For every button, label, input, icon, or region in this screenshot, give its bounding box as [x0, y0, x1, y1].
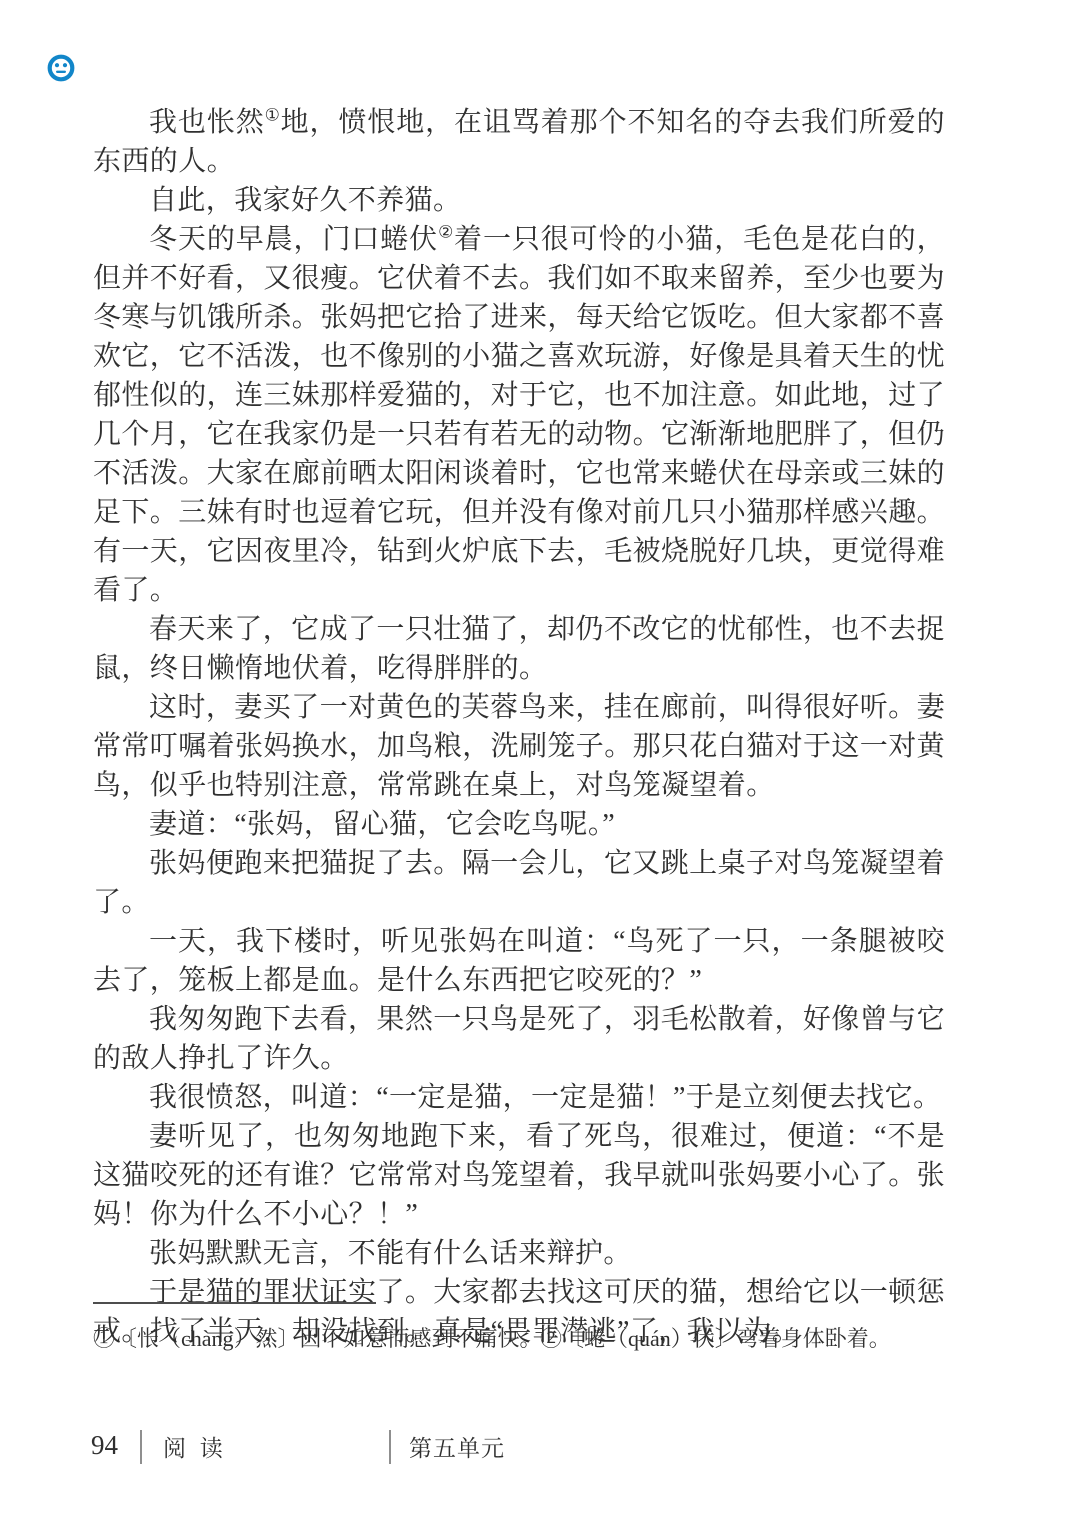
footnote-1-text: 〔怅（chàng）然〕因不如意而感到不痛快。	[115, 1326, 542, 1351]
textbook-page: 我也怅然①地，愤恨地，在诅骂着那个不知名的夺去我们所爱的东西的人。自此，我家好久…	[0, 0, 1080, 1526]
paragraph: 自此，我家好久不养猫。	[93, 181, 945, 220]
paragraph: 妻听见了，也匆匆地跑下来，看了死鸟，很难过，便道：“不是这猫咬死的还有谁？它常常…	[93, 1117, 945, 1234]
footer-divider-1	[140, 1430, 142, 1464]
paragraph: 张妈便跑来把猫捉了去。隔一会儿，它又跳上桌子对鸟笼凝望着了。	[93, 844, 945, 922]
paragraph: 我很愤怒，叫道：“一定是猫，一定是猫！”于是立刻便去找它。	[93, 1078, 945, 1117]
footnote-1: ①〔怅（chàng）然〕因不如意而感到不痛快。	[93, 1324, 542, 1354]
footer-section-label: 阅 读	[163, 1436, 227, 1462]
paragraph: 春天来了，它成了一只壮猫了，却仍不改它的忧郁性，也不去捉鼠，终日懒惰地伏着，吃得…	[93, 610, 945, 688]
paragraph: 这时，妻买了一对黄色的芙蓉鸟来，挂在廊前，叫得很好听。妻常常叮嘱着张妈换水，加鸟…	[93, 688, 945, 805]
footnote-2-marker: ②	[540, 1326, 562, 1351]
paragraph: 冬天的早晨，门口蜷伏②着一只很可怜的小猫，毛色是花白的，但并不好看，又很瘦。它伏…	[93, 220, 945, 610]
article-text: 我也怅然①地，愤恨地，在诅骂着那个不知名的夺去我们所爱的东西的人。自此，我家好久…	[93, 103, 945, 1351]
footnote-divider	[93, 1302, 376, 1304]
paragraph: 一天，我下楼时，听见张妈在叫道：“鸟死了一只，一条腿被咬去了，笼板上都是血。是什…	[93, 922, 945, 1000]
paragraph: 张妈默默无言，不能有什么话来辩护。	[93, 1234, 945, 1273]
smiley-face-icon[interactable]	[47, 54, 75, 82]
paragraph: 我匆匆跑下去看，果然一只鸟是死了，羽毛松散着，好像曾与它的敌人挣扎了许久。	[93, 1000, 945, 1078]
footnote-2: ②〔蜷（quán）伏〕弯着身体卧着。	[540, 1324, 891, 1354]
footnote-2-text: 〔蜷（quán）伏〕弯着身体卧着。	[562, 1326, 891, 1351]
footnote-1-marker: ①	[93, 1326, 115, 1351]
footer-unit-label: 第五单元	[409, 1436, 505, 1462]
paragraph: 我也怅然①地，愤恨地，在诅骂着那个不知名的夺去我们所爱的东西的人。	[93, 103, 945, 181]
footer-divider-2	[389, 1430, 391, 1464]
footnote-ref: ②	[438, 223, 454, 242]
footnote-ref: ①	[265, 106, 281, 125]
paragraph: 妻道：“张妈，留心猫，它会吃鸟呢。”	[93, 805, 945, 844]
smiley-face-icon-graphic	[47, 54, 75, 82]
page-number: 94	[91, 1430, 118, 1460]
